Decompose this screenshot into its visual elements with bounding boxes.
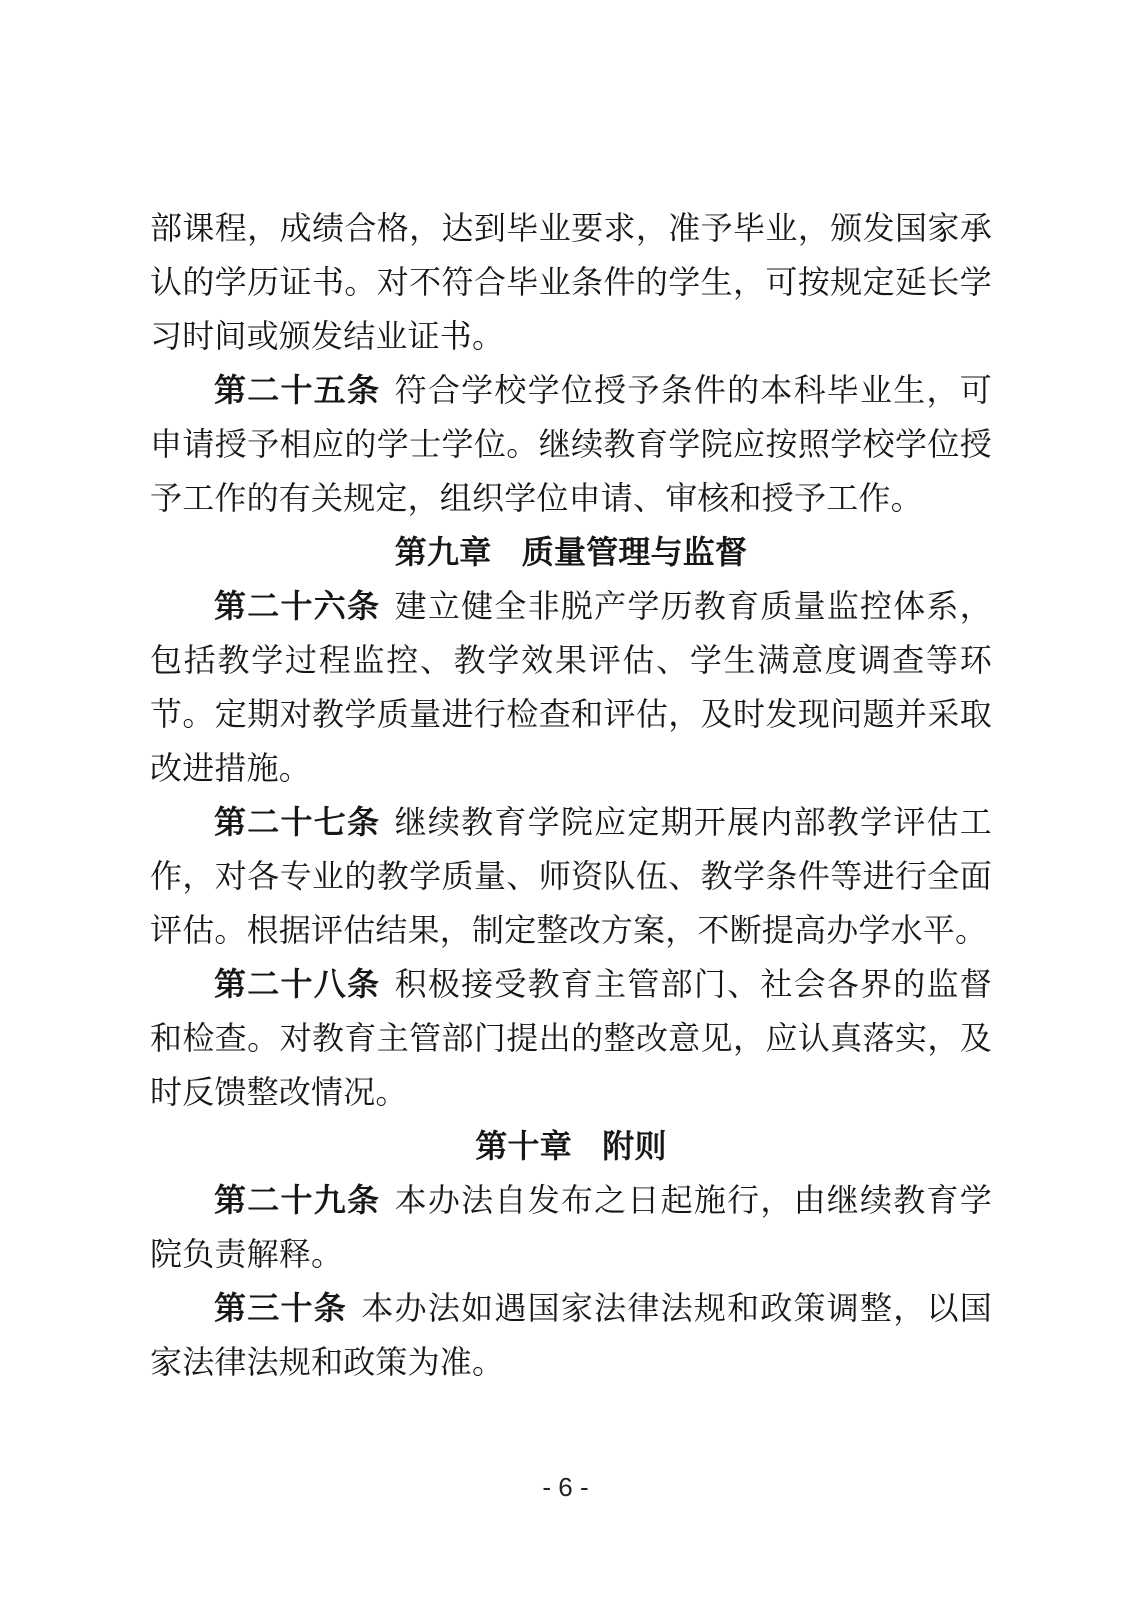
page-number: - 6 -	[0, 1472, 1131, 1502]
article-29-label: 第二十九条	[214, 1182, 380, 1218]
article-27: 第二十七条继续教育学院应定期开展内部教学评估工作，对各专业的教学质量、师资队伍、…	[150, 795, 992, 957]
article-26: 第二十六条建立健全非脱产学历教育质量监控体系，包括教学过程监控、教学效果评估、学…	[150, 579, 992, 795]
article-26-label: 第二十六条	[214, 588, 380, 624]
chapter-10-heading: 第十章附则	[150, 1119, 992, 1173]
document-page: 部课程，成绩合格，达到毕业要求，准予毕业，颁发国家承认的学历证书。对不符合毕业条…	[0, 0, 1131, 1600]
document-text-block: 部课程，成绩合格，达到毕业要求，准予毕业，颁发国家承认的学历证书。对不符合毕业条…	[150, 201, 992, 1389]
article-30-label: 第三十条	[214, 1290, 347, 1326]
paragraph-continuation: 部课程，成绩合格，达到毕业要求，准予毕业，颁发国家承认的学历证书。对不符合毕业条…	[150, 201, 992, 363]
article-28: 第二十八条积极接受教育主管部门、社会各界的监督和检查。对教育主管部门提出的整改意…	[150, 957, 992, 1119]
article-25: 第二十五条符合学校学位授予条件的本科毕业生，可申请授予相应的学士学位。继续教育学…	[150, 363, 992, 525]
chapter-10-label: 第十章	[475, 1128, 572, 1164]
chapter-10-title: 附则	[602, 1128, 666, 1164]
article-25-label: 第二十五条	[214, 372, 380, 408]
article-30: 第三十条本办法如遇国家法律法规和政策调整，以国家法律法规和政策为准。	[150, 1281, 992, 1389]
chapter-9-label: 第九章	[395, 534, 492, 570]
article-29: 第二十九条本办法自发布之日起施行，由继续教育学院负责解释。	[150, 1173, 992, 1281]
article-28-label: 第二十八条	[214, 966, 380, 1002]
article-27-label: 第二十七条	[214, 804, 380, 840]
chapter-9-title: 质量管理与监督	[522, 534, 747, 570]
paragraph-text: 部课程，成绩合格，达到毕业要求，准予毕业，颁发国家承认的学历证书。对不符合毕业条…	[150, 210, 992, 354]
chapter-9-heading: 第九章质量管理与监督	[150, 525, 992, 579]
